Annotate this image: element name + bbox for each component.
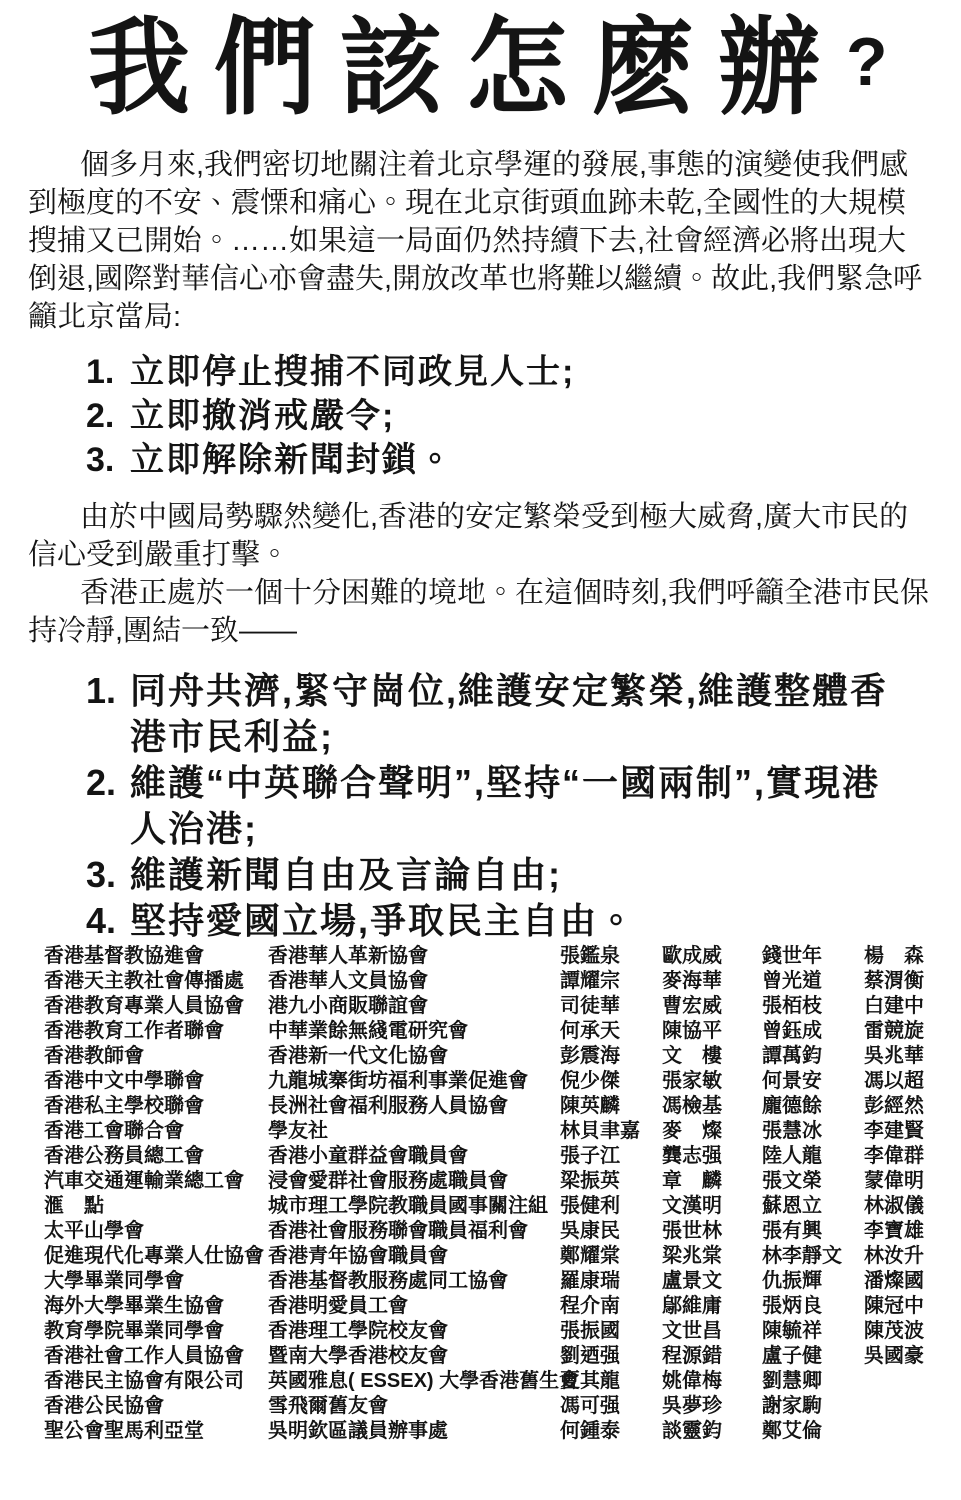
signatory-org: 九龍城寨街坊福利事業促進會 bbox=[268, 1069, 579, 1094]
signatory-org: 長洲社會福利服務人員協會 bbox=[268, 1094, 579, 1119]
signatory-name: 李建賢 bbox=[864, 1119, 924, 1144]
signatory-name: 劉迺强 bbox=[560, 1344, 640, 1369]
item-text: 同舟共濟,緊守崗位,維護安定繁榮,維護整體香港市民利益; bbox=[130, 668, 916, 760]
signatory-name: 程介南 bbox=[560, 1294, 640, 1319]
signatory-org: 香港私主學校聯會 bbox=[44, 1094, 264, 1119]
item-text: 立即解除新聞封鎖。 bbox=[130, 438, 454, 482]
item-text: 立即撤消戒嚴令; bbox=[130, 394, 395, 438]
signatory-name: 潘燦國 bbox=[864, 1269, 924, 1294]
signatory-name: 張振國 bbox=[560, 1319, 640, 1344]
demand-item: 1.立即停止搜捕不同政見人士; bbox=[86, 350, 961, 394]
signatory-name: 司徒華 bbox=[560, 994, 640, 1019]
signatory-org: 香港公民協會 bbox=[44, 1394, 264, 1419]
signatory-name: 何景安 bbox=[762, 1069, 842, 1094]
item-text: 堅持愛國立場,爭取民主自由。 bbox=[130, 898, 916, 944]
signatory-name: 麥海華 bbox=[662, 969, 722, 994]
signatory-name: 白建中 bbox=[864, 994, 924, 1019]
signatory-name: 龐德餘 bbox=[762, 1094, 842, 1119]
item-number: 2. bbox=[86, 760, 130, 806]
signatory-org: 香港青年協會職員會 bbox=[268, 1244, 579, 1269]
signatory-name: 張有興 bbox=[762, 1219, 842, 1244]
signatory-name: 張子江 bbox=[560, 1144, 640, 1169]
signatory-name: 文世昌 bbox=[662, 1319, 722, 1344]
signatory-name: 鄭艾倫 bbox=[762, 1419, 842, 1444]
signatory-name: 楊 森 bbox=[864, 944, 924, 969]
item-text: 維護新聞自由及言論自由; bbox=[130, 852, 916, 898]
signatory-org: 香港明愛員工會 bbox=[268, 1294, 579, 1319]
signatory-name: 文 樓 bbox=[662, 1044, 722, 1069]
signatory-name: 陳冠中 bbox=[864, 1294, 924, 1319]
signatory-name: 彭震海 bbox=[560, 1044, 640, 1069]
signatory-name: 張鑑泉 bbox=[560, 944, 640, 969]
headline-question-mark: ? bbox=[846, 23, 888, 101]
signatory-name: 林淑儀 bbox=[864, 1194, 924, 1219]
signatory-org-column-2: 香港華人革新協會香港華人文員協會港九小商販聯誼會中華業餘無綫電研究會香港新一代文… bbox=[268, 944, 579, 1444]
signatory-org: 雪飛爾舊友會 bbox=[268, 1394, 579, 1419]
signatory-name: 林李靜文 bbox=[762, 1244, 842, 1269]
signatory-name: 吳兆華 bbox=[864, 1044, 924, 1069]
signatory-name: 盧景文 bbox=[662, 1269, 722, 1294]
signatory-name: 彭經然 bbox=[864, 1094, 924, 1119]
signatory-org: 學友社 bbox=[268, 1119, 579, 1144]
signatory-name: 蒙偉明 bbox=[864, 1169, 924, 1194]
signatory-name: 陸人龍 bbox=[762, 1144, 842, 1169]
signatories-section: 香港基督教協進會香港天主教社會傳播處香港教育專業人員協會香港教育工作者聯會香港教… bbox=[0, 944, 961, 1464]
signatory-name: 吳國豪 bbox=[864, 1344, 924, 1369]
signatory-org: 英國雅息( ESSEX) 大學香港舊生會 bbox=[268, 1369, 579, 1394]
signatory-org: 香港中文中學聯會 bbox=[44, 1069, 264, 1094]
signatory-name: 蘇恩立 bbox=[762, 1194, 842, 1219]
signatory-org: 香港教育專業人員協會 bbox=[44, 994, 264, 1019]
situation-paragraph: 由於中國局勢驟然變化,香港的安定繁榮受到極大威脅,廣大市民的信心受到嚴重打擊。 bbox=[28, 498, 933, 574]
headline-text: 我們該怎麽辦 bbox=[88, 6, 844, 131]
signatory-org: 促進現代化專業人仕協會 bbox=[44, 1244, 264, 1269]
signatory-name: 歐成威 bbox=[662, 944, 722, 969]
signatory-org: 海外大學畢業生協會 bbox=[44, 1294, 264, 1319]
signatory-name: 鄭耀棠 bbox=[560, 1244, 640, 1269]
appeal-intro-paragraph: 香港正處於一個十分困難的境地。在這個時刻,我們呼籲全港市民保持冷靜,團結一致—— bbox=[28, 574, 933, 650]
signatory-name: 吳夢珍 bbox=[662, 1394, 722, 1419]
signatory-name: 陳協平 bbox=[662, 1019, 722, 1044]
signatory-org: 香港教育工作者聯會 bbox=[44, 1019, 264, 1044]
signatory-name: 雷競旋 bbox=[864, 1019, 924, 1044]
signatory-org: 汽車交通運輸業總工會 bbox=[44, 1169, 264, 1194]
signatory-org: 聖公會聖馬利亞堂 bbox=[44, 1419, 264, 1444]
signatory-org-column-1: 香港基督教協進會香港天主教社會傳播處香港教育專業人員協會香港教育工作者聯會香港教… bbox=[44, 944, 264, 1444]
demands-list: 1.立即停止搜捕不同政見人士;2.立即撤消戒嚴令;3.立即解除新聞封鎖。 bbox=[86, 350, 961, 482]
signatory-name: 盧子健 bbox=[762, 1344, 842, 1369]
signatory-org: 太平山學會 bbox=[44, 1219, 264, 1244]
signatory-org: 香港社會工作人員協會 bbox=[44, 1344, 264, 1369]
signatory-name: 文漢明 bbox=[662, 1194, 722, 1219]
signatory-name: 夏其龍 bbox=[560, 1369, 640, 1394]
signatory-name: 龔志强 bbox=[662, 1144, 722, 1169]
item-number: 1. bbox=[86, 668, 130, 714]
item-number: 3. bbox=[86, 852, 130, 898]
item-number: 1. bbox=[86, 350, 130, 394]
signatory-name: 謝家駒 bbox=[762, 1394, 842, 1419]
signatory-org: 吳明欽區議員辦事處 bbox=[268, 1419, 579, 1444]
signatory-name: 何承天 bbox=[560, 1019, 640, 1044]
signatory-name: 談靈鈞 bbox=[662, 1419, 722, 1444]
signatory-name: 馮以超 bbox=[864, 1069, 924, 1094]
signatory-name: 張慧冰 bbox=[762, 1119, 842, 1144]
signatory-org: 城市理工學院教職員國事關注組 bbox=[268, 1194, 579, 1219]
signatory-org: 暨南大學香港校友會 bbox=[268, 1344, 579, 1369]
signatory-name: 陳茂波 bbox=[864, 1319, 924, 1344]
signatory-org: 香港基督教服務處同工協會 bbox=[268, 1269, 579, 1294]
signatory-name: 張家敏 bbox=[662, 1069, 722, 1094]
signatory-org: 香港教師會 bbox=[44, 1044, 264, 1069]
item-number: 4. bbox=[86, 898, 130, 944]
demand-item: 2.立即撤消戒嚴令; bbox=[86, 394, 961, 438]
signatory-name: 李偉群 bbox=[864, 1144, 924, 1169]
appeal-item: 2.維護“中英聯合聲明”,堅持“一國兩制”,實現港人治港; bbox=[86, 760, 961, 852]
signatory-name: 張栢枝 bbox=[762, 994, 842, 1019]
middle-section: 由於中國局勢驟然變化,香港的安定繁榮受到極大威脅,廣大市民的信心受到嚴重打擊。 … bbox=[0, 498, 961, 650]
signatory-name: 劉慧卿 bbox=[762, 1369, 842, 1394]
signatory-name-column-1: 張鑑泉譚耀宗司徒華何承天彭震海倪少傑陳英麟林貝聿嘉張子江梁振英張健利吳康民鄭耀棠… bbox=[560, 944, 640, 1444]
signatory-name: 程源錯 bbox=[662, 1344, 722, 1369]
signatory-name-column-3: 錢世年曾光道張栢枝曾鈺成譚萬鈞何景安龐德餘張慧冰陸人龍張文榮蘇恩立張有興林李靜文… bbox=[762, 944, 842, 1444]
signatory-org: 香港理工學院校友會 bbox=[268, 1319, 579, 1344]
signatory-name: 梁振英 bbox=[560, 1169, 640, 1194]
scanned-statement-page: 我們該怎麽辦 ? 個多月來,我們密切地關注着北京學運的發展,事態的演變使我們感到… bbox=[0, 0, 961, 1500]
appeal-item: 1.同舟共濟,緊守崗位,維護安定繁榮,維護整體香港市民利益; bbox=[86, 668, 961, 760]
signatory-name: 蔡渭衡 bbox=[864, 969, 924, 994]
signatory-org: 大學畢業同學會 bbox=[44, 1269, 264, 1294]
signatory-org: 香港工會聯合會 bbox=[44, 1119, 264, 1144]
signatory-name: 姚偉梅 bbox=[662, 1369, 722, 1394]
signatory-org: 浸會愛群社會服務處職員會 bbox=[268, 1169, 579, 1194]
signatory-name: 曾鈺成 bbox=[762, 1019, 842, 1044]
signatory-name: 馮可强 bbox=[560, 1394, 640, 1419]
signatory-org: 港九小商販聯誼會 bbox=[268, 994, 579, 1019]
signatory-name-column-4: 楊 森蔡渭衡白建中雷競旋吳兆華馮以超彭經然李建賢李偉群蒙偉明林淑儀李寶雄林汝升潘… bbox=[864, 944, 924, 1369]
signatory-org: 教育學院畢業同學會 bbox=[44, 1319, 264, 1344]
signatory-name: 何鍾泰 bbox=[560, 1419, 640, 1444]
signatory-org: 中華業餘無綫電研究會 bbox=[268, 1019, 579, 1044]
signatory-name: 張世林 bbox=[662, 1219, 722, 1244]
signatory-org: 香港社會服務聯會職員福利會 bbox=[268, 1219, 579, 1244]
signatory-name-column-2: 歐成威麥海華曹宏威陳協平文 樓張家敏馮檢基麥 燦龔志强章 麟文漢明張世林梁兆棠盧… bbox=[662, 944, 722, 1444]
appeal-item: 3.維護新聞自由及言論自由; bbox=[86, 852, 961, 898]
signatory-name: 林汝升 bbox=[864, 1244, 924, 1269]
signatory-name: 陳毓祥 bbox=[762, 1319, 842, 1344]
signatory-org: 香港民主協會有限公司 bbox=[44, 1369, 264, 1394]
headline: 我們該怎麽辦 ? bbox=[0, 6, 961, 130]
signatory-org: 香港公務員總工會 bbox=[44, 1144, 264, 1169]
signatory-org: 香港華人革新協會 bbox=[268, 944, 579, 969]
appeal-item: 4.堅持愛國立場,爭取民主自由。 bbox=[86, 898, 961, 944]
signatory-name: 林貝聿嘉 bbox=[560, 1119, 640, 1144]
signatory-name: 倪少傑 bbox=[560, 1069, 640, 1094]
intro-paragraph: 個多月來,我們密切地關注着北京學運的發展,事態的演變使我們感到極度的不安、震慄和… bbox=[28, 146, 933, 336]
signatory-org: 香港基督教協進會 bbox=[44, 944, 264, 969]
signatory-name: 張文榮 bbox=[762, 1169, 842, 1194]
item-text: 立即停止搜捕不同政見人士; bbox=[130, 350, 575, 394]
signatory-name: 李寶雄 bbox=[864, 1219, 924, 1244]
signatory-org: 滙 點 bbox=[44, 1194, 264, 1219]
signatory-name: 譚耀宗 bbox=[560, 969, 640, 994]
item-number: 2. bbox=[86, 394, 130, 438]
signatory-org: 香港華人文員協會 bbox=[268, 969, 579, 994]
signatory-name: 譚萬鈞 bbox=[762, 1044, 842, 1069]
signatory-name: 張健利 bbox=[560, 1194, 640, 1219]
signatory-name: 曾光道 bbox=[762, 969, 842, 994]
signatory-name: 馮檢基 bbox=[662, 1094, 722, 1119]
signatory-name: 曹宏威 bbox=[662, 994, 722, 1019]
signatory-name: 錢世年 bbox=[762, 944, 842, 969]
signatory-name: 陳英麟 bbox=[560, 1094, 640, 1119]
signatory-name: 章 麟 bbox=[662, 1169, 722, 1194]
signatory-org: 香港天主教社會傳播處 bbox=[44, 969, 264, 994]
signatory-name: 麥 燦 bbox=[662, 1119, 722, 1144]
signatory-name: 仇振輝 bbox=[762, 1269, 842, 1294]
appeals-list: 1.同舟共濟,緊守崗位,維護安定繁榮,維護整體香港市民利益;2.維護“中英聯合聲… bbox=[86, 668, 961, 944]
signatory-name: 張炳良 bbox=[762, 1294, 842, 1319]
signatory-name: 羅康瑞 bbox=[560, 1269, 640, 1294]
demand-item: 3.立即解除新聞封鎖。 bbox=[86, 438, 961, 482]
signatory-name: 吳康民 bbox=[560, 1219, 640, 1244]
signatory-name: 鄔維庸 bbox=[662, 1294, 722, 1319]
signatory-org: 香港新一代文化協會 bbox=[268, 1044, 579, 1069]
signatory-name: 梁兆棠 bbox=[662, 1244, 722, 1269]
signatory-org: 香港小童群益會職員會 bbox=[268, 1144, 579, 1169]
item-text: 維護“中英聯合聲明”,堅持“一國兩制”,實現港人治港; bbox=[130, 760, 916, 852]
item-number: 3. bbox=[86, 438, 130, 482]
